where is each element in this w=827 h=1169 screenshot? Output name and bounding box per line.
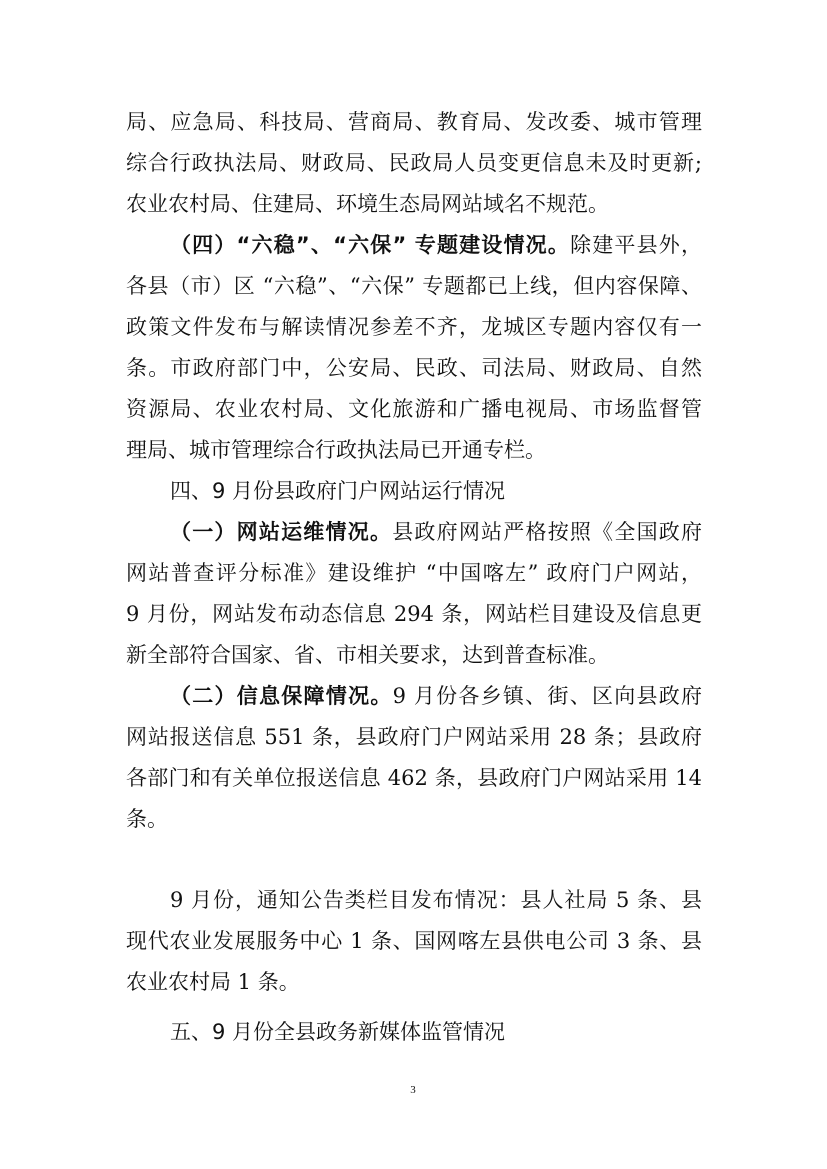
subsection-1-paragraph-start: （一）网站运维情况。县政府网站严格按照《全国政府 [170, 512, 702, 553]
paragraph-text: 9 月份各乡镇、街、区向县政府 [393, 684, 702, 708]
paragraph-text: 除建平县外， [570, 233, 702, 257]
subsection-title: （二）信息保障情况。 [170, 684, 393, 708]
paragraph-line: 农业农村局 1 条。 [126, 962, 702, 1003]
paragraph-line: 各县（市）区 “六稳”、“六保” 专题都已上线，但内容保障、 [126, 266, 702, 307]
paragraph-line: 理局、城市管理综合行政执法局已开通专栏。 [126, 430, 702, 471]
document-page: 局、应急局、科技局、营商局、教育局、发改委、城市管理 综合行政执法局、财政局、民… [0, 0, 827, 1169]
paragraph-line: 新全部符合国家、省、市相关要求，达到普查标准。 [126, 635, 702, 676]
paragraph-line: 条。市政府部门中，公安局、民政、司法局、财政局、自然 [126, 348, 702, 389]
paragraph-line: 网站报送信息 551 条，县政府门户网站采用 28 条；县政府 [126, 717, 702, 758]
paragraph-line: 网站普查评分标准》建设维护 “中国喀左” 政府门户网站， [126, 553, 702, 594]
paragraph-line: 资源局、农业农村局、文化旅游和广播电视局、市场监督管 [126, 389, 702, 430]
paragraph-text: 县政府网站严格按照《全国政府 [392, 520, 702, 544]
paragraph-line: 农业农村局、住建局、环境生态局网站域名不规范。 [126, 184, 702, 225]
paragraph-line: 条。 [126, 799, 702, 840]
paragraph-line: 综合行政执法局、财政局、民政局人员变更信息未及时更新; [126, 143, 702, 184]
paragraph-line: 局、应急局、科技局、营商局、教育局、发改委、城市管理 [126, 102, 702, 143]
paragraph-line: 9 月份，网站发布动态信息 294 条，网站栏目建设及信息更 [126, 594, 702, 635]
section-heading-4: 四、9 月份县政府门户网站运行情况 [170, 471, 702, 512]
paragraph-line: 现代农业发展服务中心 1 条、国网喀左县供电公司 3 条、县 [126, 921, 702, 962]
paragraph-line: 各部门和有关单位报送信息 462 条，县政府门户网站采用 14 [126, 758, 702, 799]
paragraph-line: 9 月份，通知公告类栏目发布情况：县人社局 5 条、县 [170, 880, 702, 921]
section-heading-5: 五、9 月份全县政务新媒体监管情况 [170, 1012, 702, 1053]
subsection-title: （四）“六稳”、“六保” 专题建设情况。 [170, 233, 570, 257]
page-number: 3 [403, 1084, 423, 1096]
section-4-paragraph-start: （四）“六稳”、“六保” 专题建设情况。除建平县外， [170, 225, 702, 266]
paragraph-line: 政策文件发布与解读情况参差不齐，龙城区专题内容仅有一 [126, 307, 702, 348]
subsection-title: （一）网站运维情况。 [170, 520, 392, 544]
subsection-2-paragraph-start: （二）信息保障情况。9 月份各乡镇、街、区向县政府 [170, 676, 702, 717]
